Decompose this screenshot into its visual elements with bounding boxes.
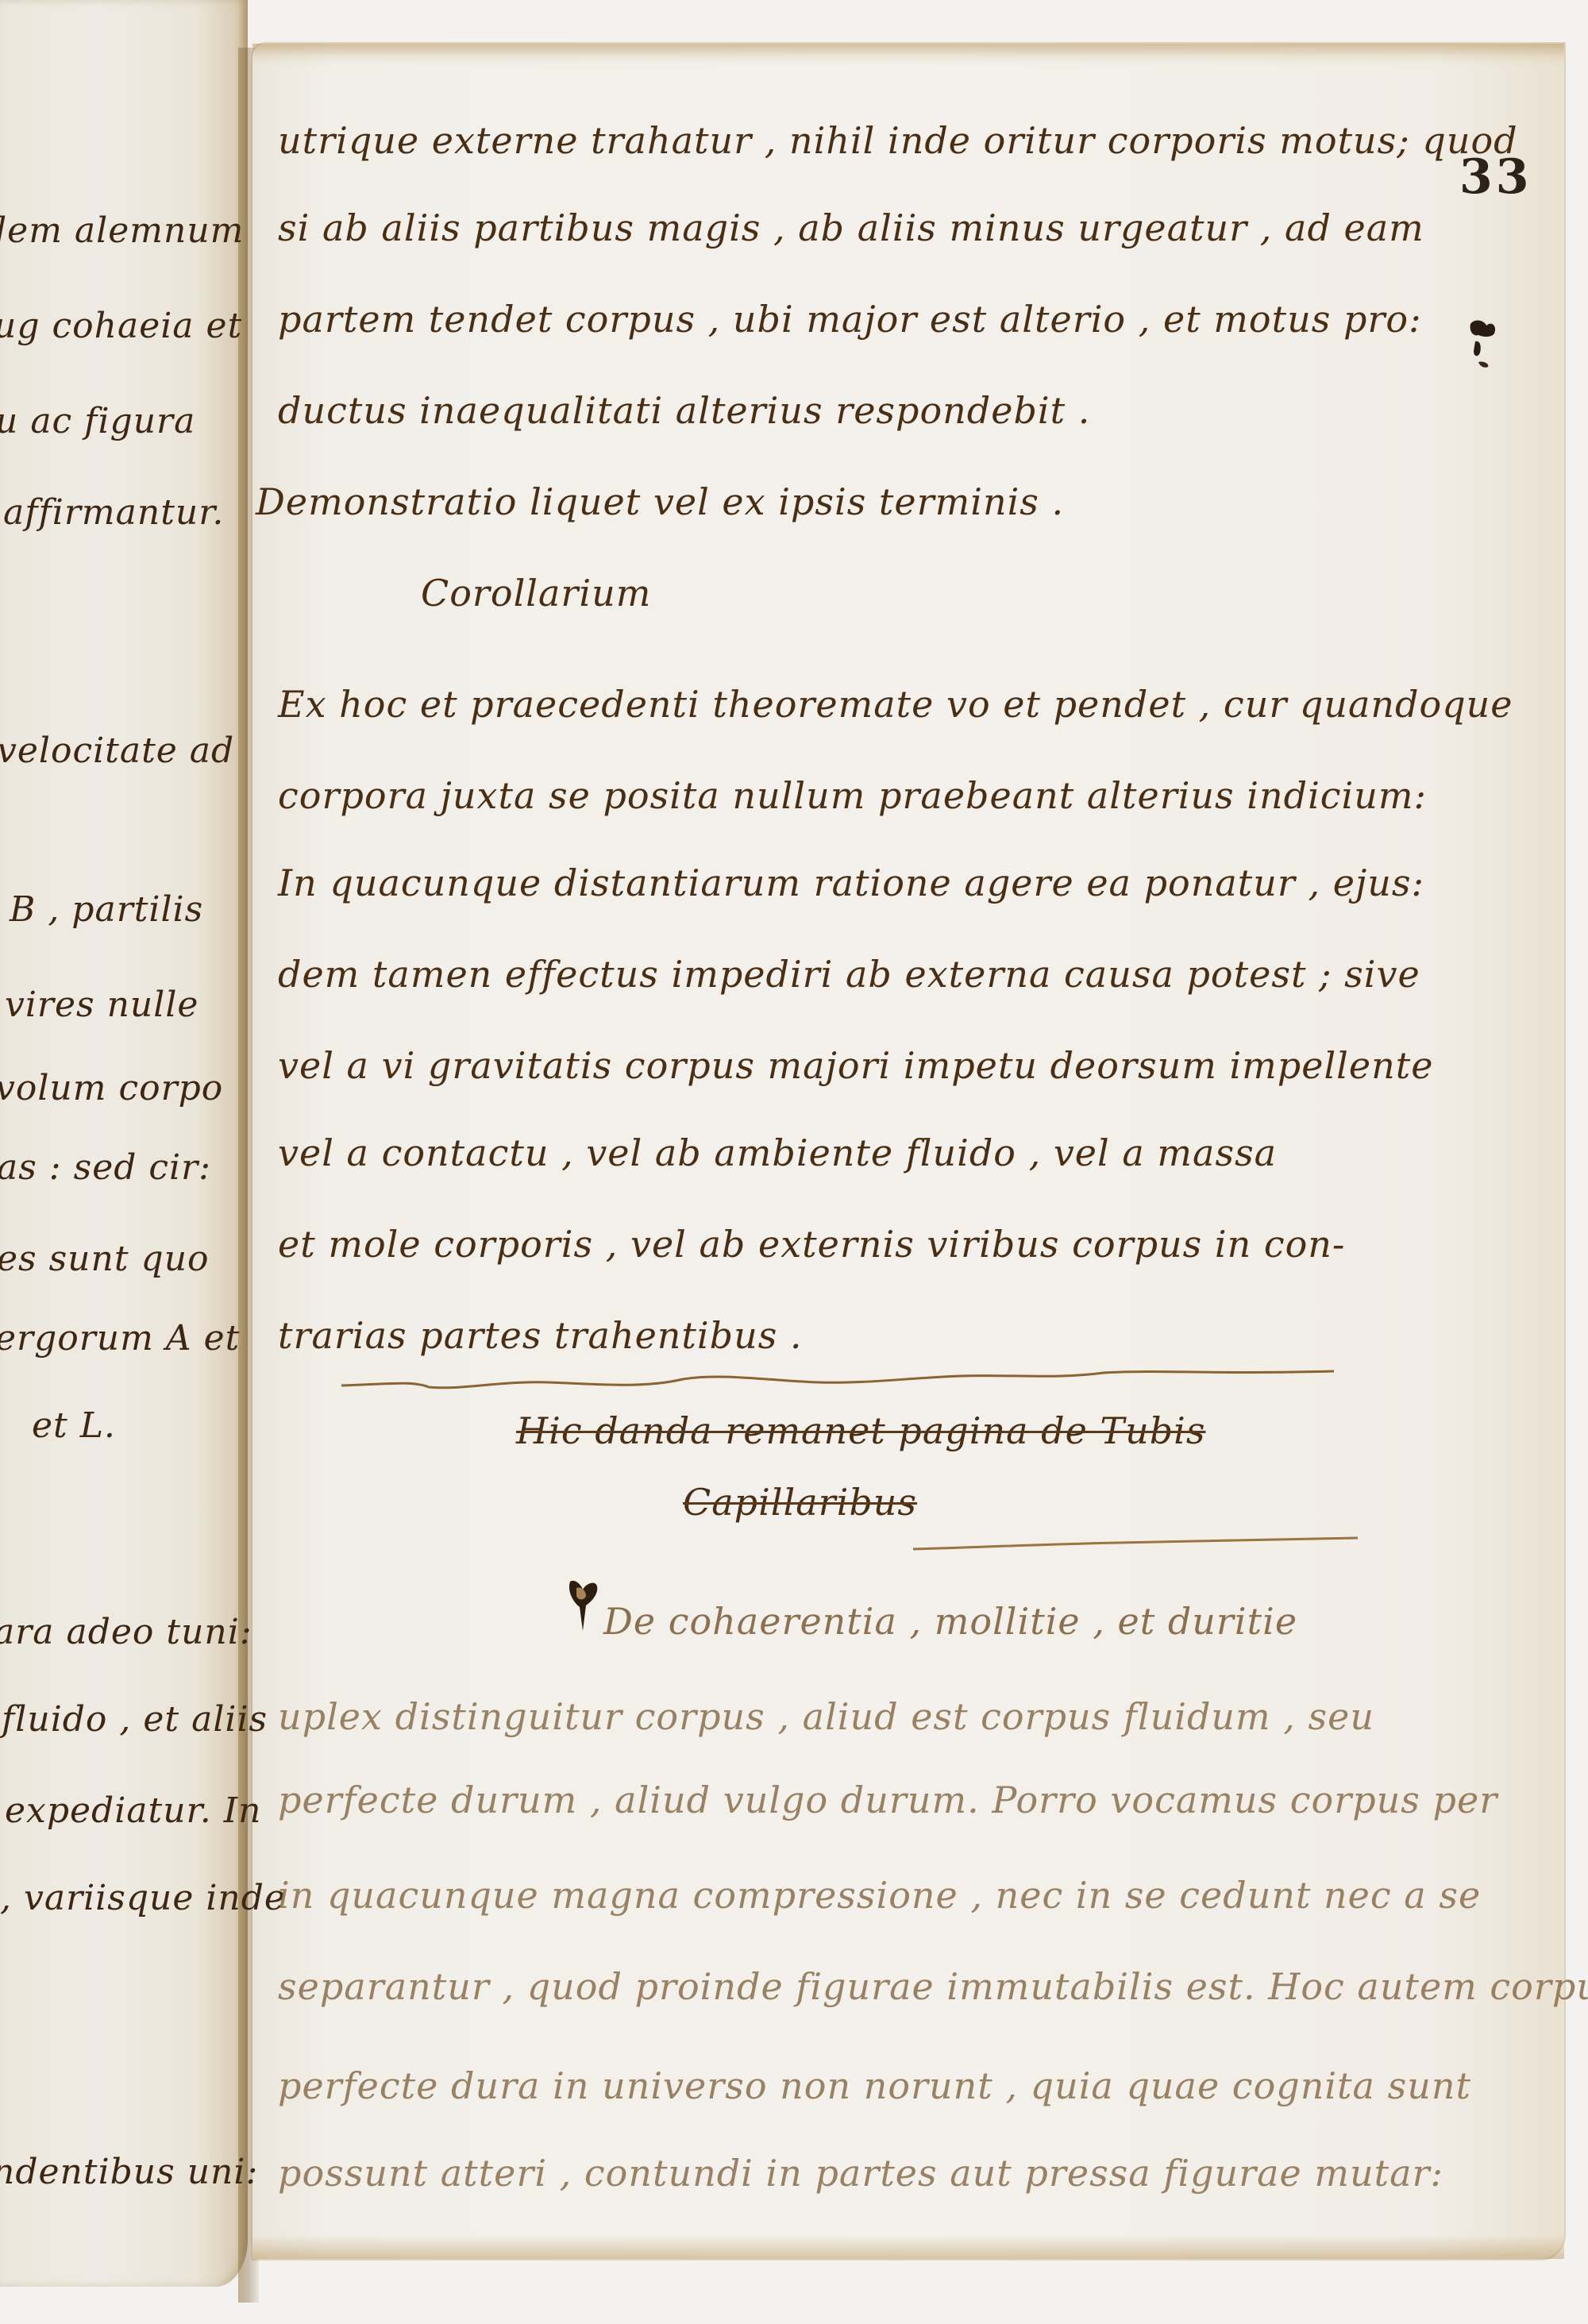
struck-through-line: Hic danda remanet pagina de Tubis <box>516 1409 1205 1452</box>
left-line: ara adeo tuni: <box>0 1612 252 1652</box>
left-line: vires nulle <box>5 985 198 1025</box>
manuscript-line: perfecte durum , aliud vulgo durum. Porr… <box>278 1779 1497 1821</box>
left-line: ndentibus uni: <box>0 2152 258 2192</box>
manuscript-line: Demonstratio liquet vel ex ipsis termini… <box>256 480 1064 523</box>
manuscript-line: et mole corporis , vel ab externis virib… <box>278 1223 1345 1266</box>
manuscript-line: in quacunque magna compressione , nec in… <box>278 1874 1481 1917</box>
left-line: volum corpo <box>0 1068 223 1108</box>
manuscript-line: dem tamen effectus impediri ab externa c… <box>278 953 1420 996</box>
left-line: et L. <box>32 1405 116 1446</box>
ink-blot-icon <box>1467 318 1499 373</box>
left-line: fluido , et aliis <box>2 1699 268 1740</box>
manuscript-line: Ex hoc et praecedenti theoremate vo et p… <box>278 683 1513 726</box>
manuscript-line: uplex distinguitur corpus , aliud est co… <box>278 1695 1374 1738</box>
manuscript-line: si ab aliis partibus magis , ab aliis mi… <box>278 206 1424 249</box>
struck-through-heading: Capillaribus <box>683 1481 917 1524</box>
left-line: B , partilis <box>10 889 203 930</box>
section-heading-corollarium: Corollarium <box>421 572 651 615</box>
manuscript-line: separantur , quod proinde figurae immuta… <box>278 1965 1588 2008</box>
wavy-divider-line <box>341 1370 1334 1393</box>
manuscript-line: vel a contactu , vel ab ambiente fluido … <box>278 1131 1277 1174</box>
left-line: ug cohaeia et <box>0 306 242 346</box>
manuscript-line: partem tendet corpus , ubi major est alt… <box>278 298 1422 341</box>
left-line: u ac figura <box>0 401 195 441</box>
decorated-initial-d-icon <box>565 1578 600 1636</box>
left-line: as : sed cir: <box>0 1147 211 1188</box>
manuscript-line: In quacunque distantiarum ratione agere … <box>278 861 1424 904</box>
left-line: ergorum A et <box>0 1318 240 1359</box>
left-line: velocitate ad <box>0 730 234 771</box>
manuscript-line: vel a vi gravitatis corpus majori impetu… <box>278 1044 1433 1087</box>
manuscript-line: perfecte dura in universo non norunt , q… <box>278 2064 1471 2107</box>
manuscript-line: corpora juxta se posita nullum praebeant… <box>278 774 1427 817</box>
left-line: es sunt quo <box>0 1239 210 1279</box>
left-line: expediatur. In <box>5 1790 261 1831</box>
manuscript-line: possunt atteri , contundi in partes aut … <box>278 2152 1443 2195</box>
manuscript-line: ductus inaequalitati alterius respondebi… <box>278 389 1090 432</box>
left-line: dem alemnum <box>0 210 244 251</box>
manuscript-line: trarias partes trahentibus . <box>278 1314 803 1357</box>
wavy-divider-line <box>913 1536 1358 1552</box>
manuscript-line: utrique externe trahatur , nihil inde or… <box>278 119 1518 162</box>
section-heading-de-cohaerentia: De cohaerentia , mollitie , et duritie <box>603 1600 1297 1643</box>
left-line: affirmantur. <box>3 492 224 533</box>
left-line: , variisque inde <box>0 1878 286 1918</box>
